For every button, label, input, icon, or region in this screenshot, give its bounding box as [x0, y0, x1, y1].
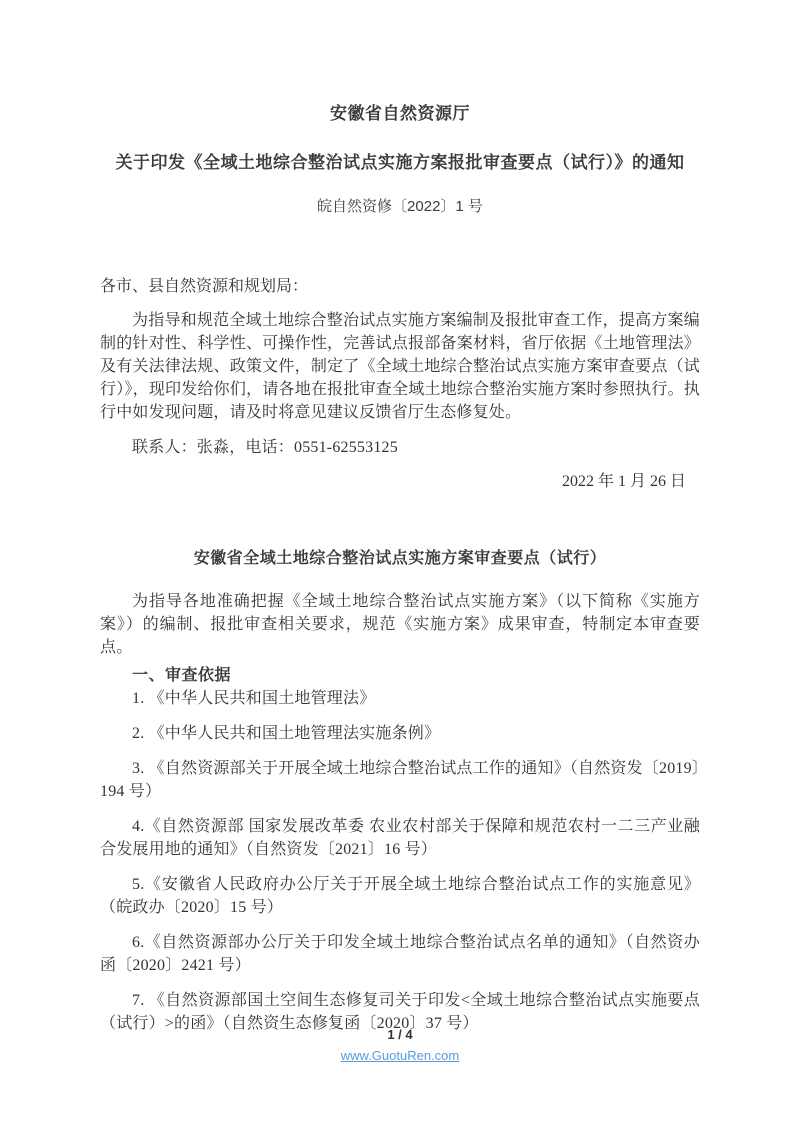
- org-title: 安徽省自然资源厅: [100, 102, 700, 126]
- list-item: 4.《自然资源部 国家发展改革委 农业农村部关于保障和规范农村一二三产业融合发展…: [100, 815, 700, 861]
- notice-body-paragraph: 为指导和规范全域土地综合整治试点实施方案编制及报批审查工作，提高方案编制的针对性…: [100, 309, 700, 424]
- doc-title: 关于印发《全域土地综合整治试点实施方案报批审查要点（试行）》的通知: [100, 151, 700, 175]
- doc-number: 皖自然资修〔2022〕1 号: [100, 196, 700, 218]
- list-item: 2. 《中华人民共和国土地管理法实施条例》: [100, 722, 700, 745]
- list-item: 1. 《中华人民共和国土地管理法》: [100, 687, 700, 710]
- salutation: 各市、县自然资源和规划局：: [100, 275, 700, 298]
- attachment-title: 安徽省全域土地综合整治试点实施方案审查要点（试行）: [100, 547, 700, 571]
- document-content: 安徽省自然资源厅 关于印发《全域土地综合整治试点实施方案报批审查要点（试行）》的…: [0, 0, 800, 1035]
- section-heading-review-basis: 一、审查依据: [100, 665, 700, 687]
- document-page: 安徽省自然资源厅 关于印发《全域土地综合整治试点实施方案报批审查要点（试行）》的…: [0, 0, 800, 1132]
- date-line: 2022 年 1 月 26 日: [100, 470, 700, 493]
- list-item: 6.《自然资源部办公厅关于印发全域土地综合整治试点名单的通知》（自然资办函〔20…: [100, 931, 700, 977]
- list-item: 3. 《自然资源部关于开展全域土地综合整治试点工作的通知》（自然资发〔2019〕…: [100, 757, 700, 803]
- page-footer: 1 / 4 www.GuotuRen.com: [0, 1026, 800, 1065]
- attachment-intro-paragraph: 为指导各地准确把握《全域土地综合整治试点实施方案》（以下简称《实施方案》）的编制…: [100, 590, 700, 659]
- page-indicator: 1 / 4: [0, 1026, 800, 1044]
- contact-line: 联系人：张淼，电话：0551-62553125: [100, 436, 700, 459]
- website-link[interactable]: www.GuotuRen.com: [341, 1047, 460, 1064]
- list-item: 5.《安徽省人民政府办公厅关于开展全域土地综合整治试点工作的实施意见》（皖政办〔…: [100, 873, 700, 919]
